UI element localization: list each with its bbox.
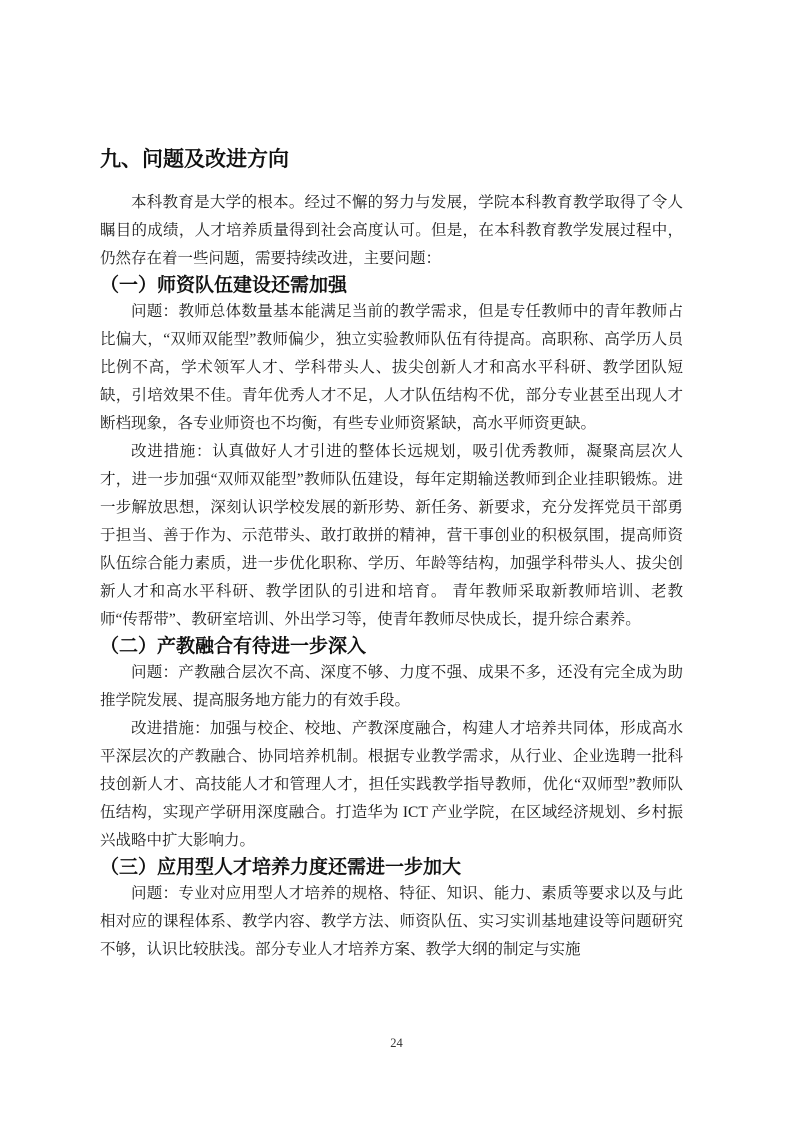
subsection-heading-2: （二）产教融合有待进一步深入 [100,634,683,659]
document-content: 九、问题及改进方向 本科教育是大学的根本。经过不懈的努力与发展，学院本科教育教学… [0,0,793,964]
document-title: 九、问题及改进方向 [100,146,683,174]
section-2-measures-paragraph: 改进措施：加强与校企、校地、产教深度融合，构建人才培养共同体，形成高水平深层次的… [100,715,683,855]
page-number: 24 [0,1036,793,1051]
subsection-heading-3: （三）应用型人才培养力度还需进一步加大 [100,855,683,880]
section-1-problem-paragraph: 问题：教师总体数量基本能满足当前的教学需求，但是专任教师中的青年教师占比偏大，“… [100,298,683,438]
section-3-problem-paragraph: 问题：专业对应用型人才培养的规格、特征、知识、能力、素质等要求以及与此相对应的课… [100,880,683,964]
subsection-heading-1: （一）师资队伍建设还需加强 [100,273,683,298]
document-page: 九、问题及改进方向 本科教育是大学的根本。经过不懈的努力与发展，学院本科教育教学… [0,0,793,1122]
section-2-problem-paragraph: 问题：产教融合层次不高、深度不够、力度不强、成果不多，还没有完全成为助推学院发展… [100,659,683,715]
section-1-measures-paragraph: 改进措施：认真做好人才引进的整体长远规划，吸引优秀教师，凝聚高层次人才，进一步加… [100,438,683,634]
intro-paragraph: 本科教育是大学的根本。经过不懈的努力与发展，学院本科教育教学取得了令人瞩目的成绩… [100,189,683,273]
